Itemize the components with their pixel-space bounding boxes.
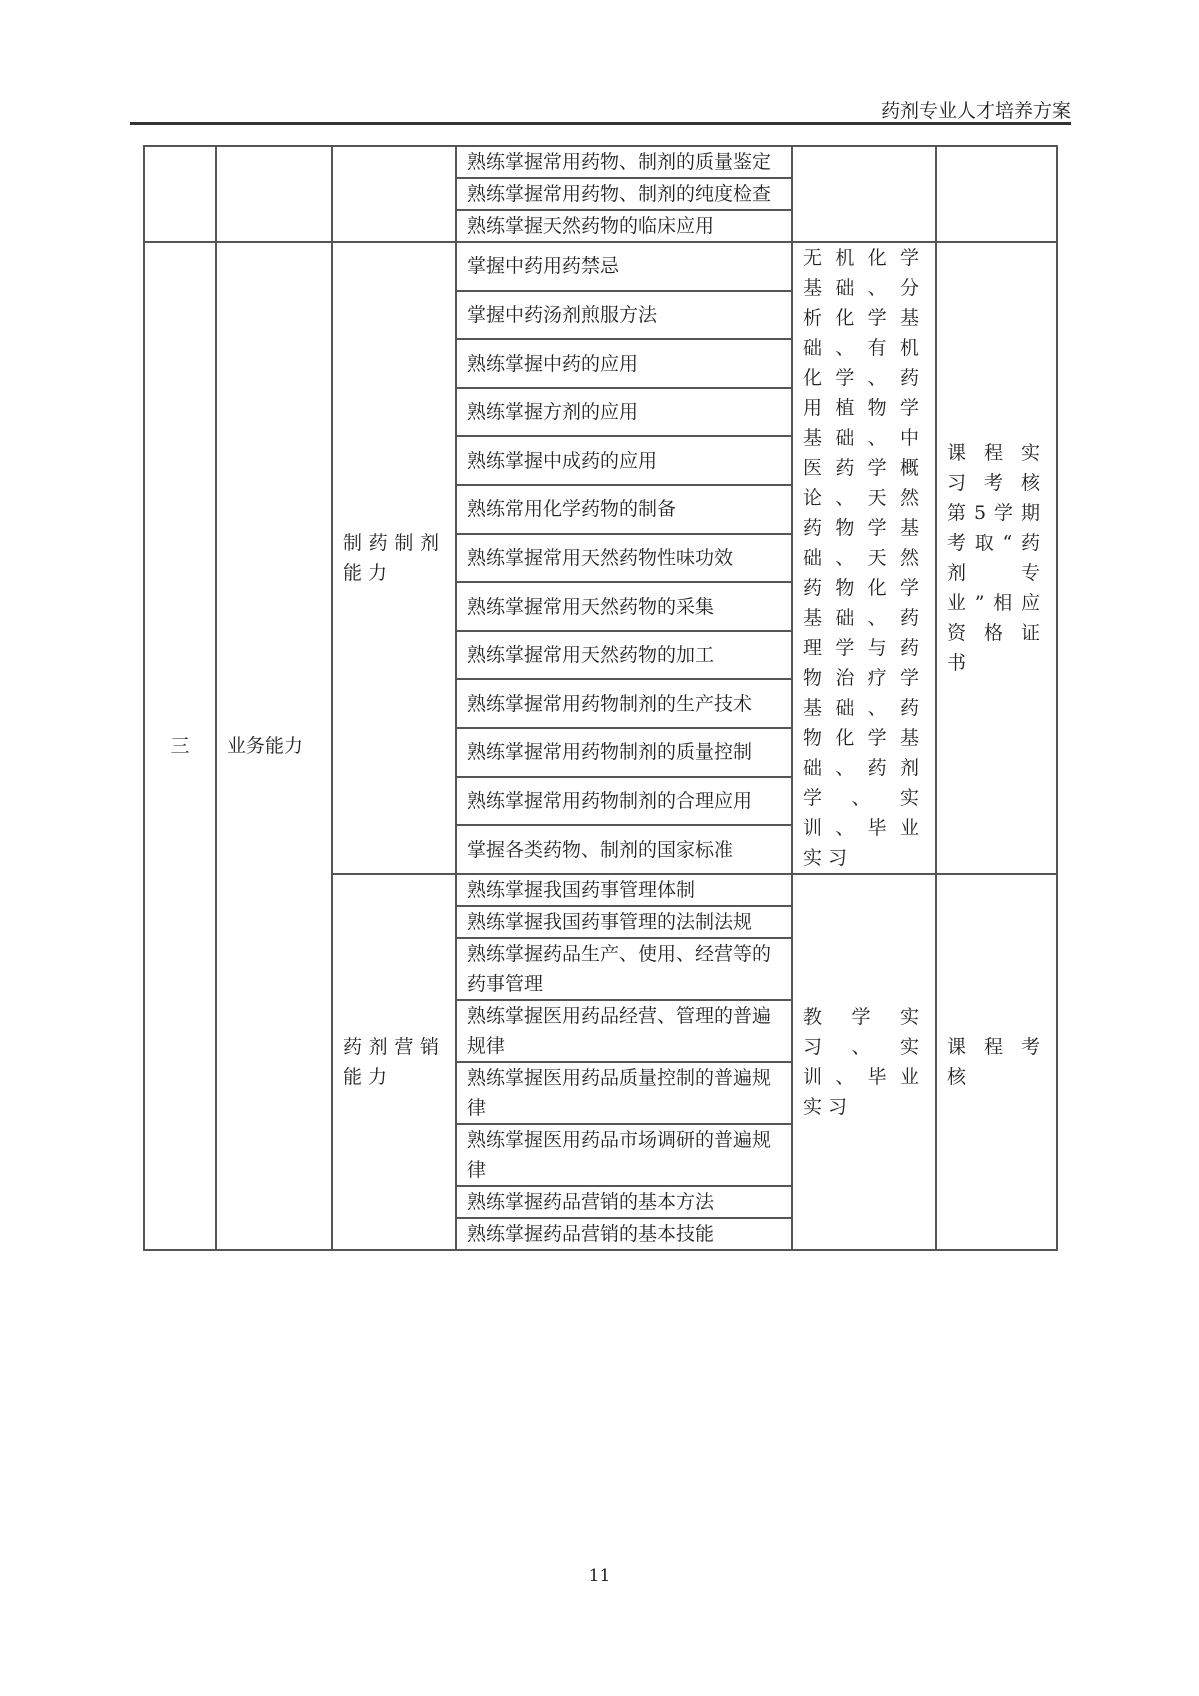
- training-requirements-table: 熟练掌握常用药物、制剂的质量鉴定熟练掌握常用药物、制剂的纯度检查熟练掌握天然药物…: [143, 145, 1058, 1251]
- page-number: 11: [0, 1566, 1199, 1586]
- courses-cell: 无机化学基础、分析化学基础、有机化学、药用植物学基础、中医药学概论、天然药物学基…: [792, 242, 936, 874]
- requirement-cell: 熟练掌握药品营销的基本技能: [456, 1218, 792, 1250]
- empty-cell: [332, 146, 456, 242]
- ability-cell: 制药制剂能力: [332, 242, 456, 874]
- requirement-cell: 掌握各类药物、制剂的国家标准: [456, 825, 792, 874]
- empty-cell: [144, 146, 216, 242]
- header-divider: [130, 122, 1071, 125]
- requirement-cell: 掌握中药汤剂煎服方法: [456, 291, 792, 340]
- requirement-cell: 熟练掌握我国药事管理体制: [456, 874, 792, 906]
- requirement-cell: 熟练掌握中成药的应用: [456, 436, 792, 485]
- requirement-cell: 熟练掌握药品生产、使用、经营等的药事管理: [456, 938, 792, 1000]
- assessment-cell: 课程实习考核第5学期考取“药剂专业”相应资格证书: [936, 242, 1057, 874]
- requirement-cell: 熟练掌握常用药物制剂的合理应用: [456, 777, 792, 826]
- document-header-title: 药剂专业人才培养方案: [881, 96, 1071, 123]
- requirement-cell: 熟练掌握常用天然药物性味功效: [456, 534, 792, 583]
- section-category: 业务能力: [216, 242, 332, 1250]
- requirement-cell: 熟练掌握中药的应用: [456, 339, 792, 388]
- requirement-cell: 熟练掌握医用药品市场调研的普遍规律: [456, 1124, 792, 1186]
- requirement-cell: 熟练掌握天然药物的临床应用: [456, 210, 792, 242]
- requirement-cell: 熟练掌握常用天然药物的加工: [456, 631, 792, 680]
- table-row: 三业务能力制药制剂能力掌握中药用药禁忌无机化学基础、分析化学基础、有机化学、药用…: [144, 242, 1057, 291]
- requirement-cell: 熟练掌握药品营销的基本方法: [456, 1186, 792, 1218]
- empty-cell: [936, 146, 1057, 242]
- requirement-cell: 熟练掌握我国药事管理的法制法规: [456, 906, 792, 938]
- requirement-cell: 熟练掌握常用药物制剂的质量控制: [456, 728, 792, 777]
- requirement-cell: 熟练掌握常用天然药物的采集: [456, 582, 792, 631]
- requirement-cell: 熟练掌握常用药物、制剂的质量鉴定: [456, 146, 792, 178]
- assessment-cell: 课程考核: [936, 874, 1057, 1250]
- empty-cell: [216, 146, 332, 242]
- requirement-cell: 熟练掌握方剂的应用: [456, 388, 792, 437]
- ability-cell: 药剂营销能力: [332, 874, 456, 1250]
- requirement-cell: 熟练常用化学药物的制备: [456, 485, 792, 534]
- courses-cell: 教学实习、实训、毕业实习: [792, 874, 936, 1250]
- section-number: 三: [144, 242, 216, 1250]
- requirement-cell: 熟练掌握常用药物制剂的生产技术: [456, 679, 792, 728]
- requirement-cell: 熟练掌握常用药物、制剂的纯度检查: [456, 178, 792, 210]
- requirement-cell: 掌握中药用药禁忌: [456, 242, 792, 291]
- table-row: 熟练掌握常用药物、制剂的质量鉴定: [144, 146, 1057, 178]
- requirement-cell: 熟练掌握医用药品质量控制的普遍规律: [456, 1062, 792, 1124]
- requirement-cell: 熟练掌握医用药品经营、管理的普遍规律: [456, 1000, 792, 1062]
- empty-cell: [792, 146, 936, 242]
